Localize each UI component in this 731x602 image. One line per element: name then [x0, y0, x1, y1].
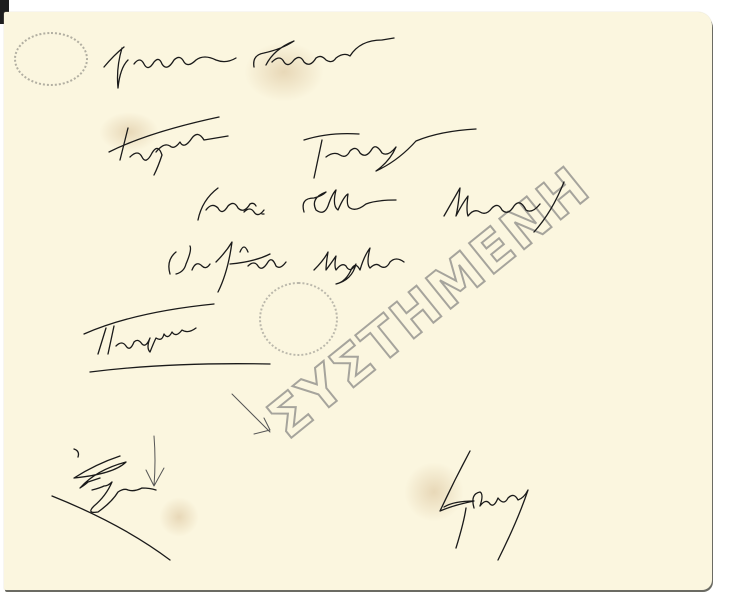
- envelope: Αξιότιμον Θεοφανίδου Πολυξένην Τρωανή (ο…: [4, 12, 712, 590]
- handwriting-strokes: [4, 12, 712, 590]
